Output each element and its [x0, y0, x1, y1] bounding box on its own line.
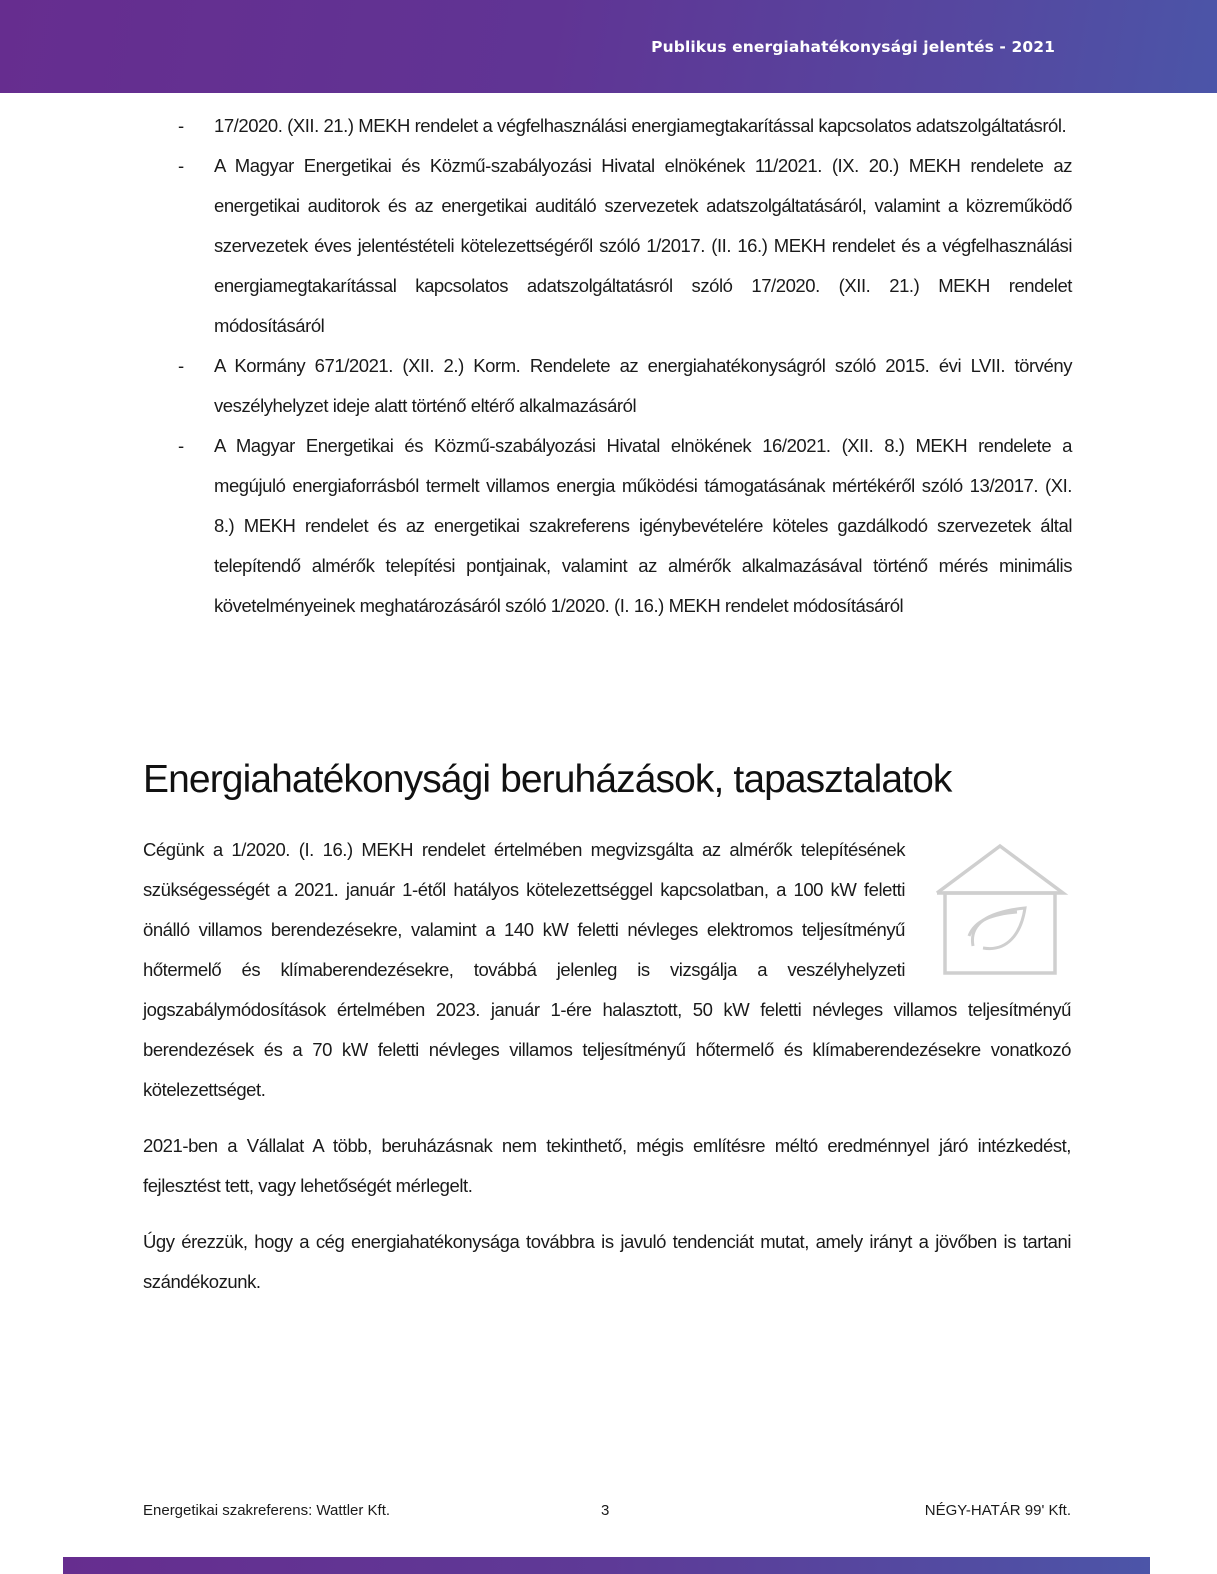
footer-band [63, 1557, 1150, 1574]
paragraph-intezkedes: 2021-ben a Vállalat A több, beruházásnak… [143, 1126, 1071, 1206]
paragraph-tendencia: Úgy érezzük, hogy a cég energiahatékonys… [143, 1222, 1071, 1302]
list-item-text: A Kormány 671/2021. (XII. 2.) Korm. Rend… [214, 355, 1072, 416]
section-heading: Energiahatékonysági beruházások, tapaszt… [143, 758, 952, 802]
bullet-marker: - [178, 346, 184, 386]
regulation-list: - 17/2020. (XII. 21.) MEKH rendelet a vé… [178, 106, 1072, 626]
list-item-text: 17/2020. (XII. 21.) MEKH rendelet a végf… [214, 115, 1066, 136]
bullet-marker: - [178, 106, 184, 146]
footer-company: NÉGY-HATÁR 99' Kft. [925, 1502, 1071, 1519]
footer-consultant: Energetikai szakreferens: Wattler Kft. [143, 1502, 390, 1519]
bullet-marker: - [178, 426, 184, 466]
section-body: Cégünk a 1/2020. (I. 16.) MEKH rendelet … [143, 830, 1071, 1302]
report-title: Publikus energiahatékonysági jelentés - … [651, 38, 1055, 56]
header-band: Publikus energiahatékonysági jelentés - … [0, 0, 1217, 93]
page-number: 3 [601, 1502, 609, 1519]
list-item: - A Magyar Energetikai és Közmű-szabályo… [178, 146, 1072, 346]
paragraph-almero: Cégünk a 1/2020. (I. 16.) MEKH rendelet … [143, 830, 1071, 1110]
list-item: - A Magyar Energetikai és Közmű-szabályo… [178, 426, 1072, 626]
page-footer: Energetikai szakreferens: Wattler Kft. 3… [143, 1502, 1071, 1524]
list-item: - A Kormány 671/2021. (XII. 2.) Korm. Re… [178, 346, 1072, 426]
list-item-text: A Magyar Energetikai és Közmű-szabályozá… [214, 435, 1072, 616]
list-item: - 17/2020. (XII. 21.) MEKH rendelet a vé… [178, 106, 1072, 146]
list-item-text: A Magyar Energetikai és Közmű-szabályozá… [214, 155, 1072, 336]
house-leaf-icon [925, 836, 1075, 976]
bullet-marker: - [178, 146, 184, 186]
